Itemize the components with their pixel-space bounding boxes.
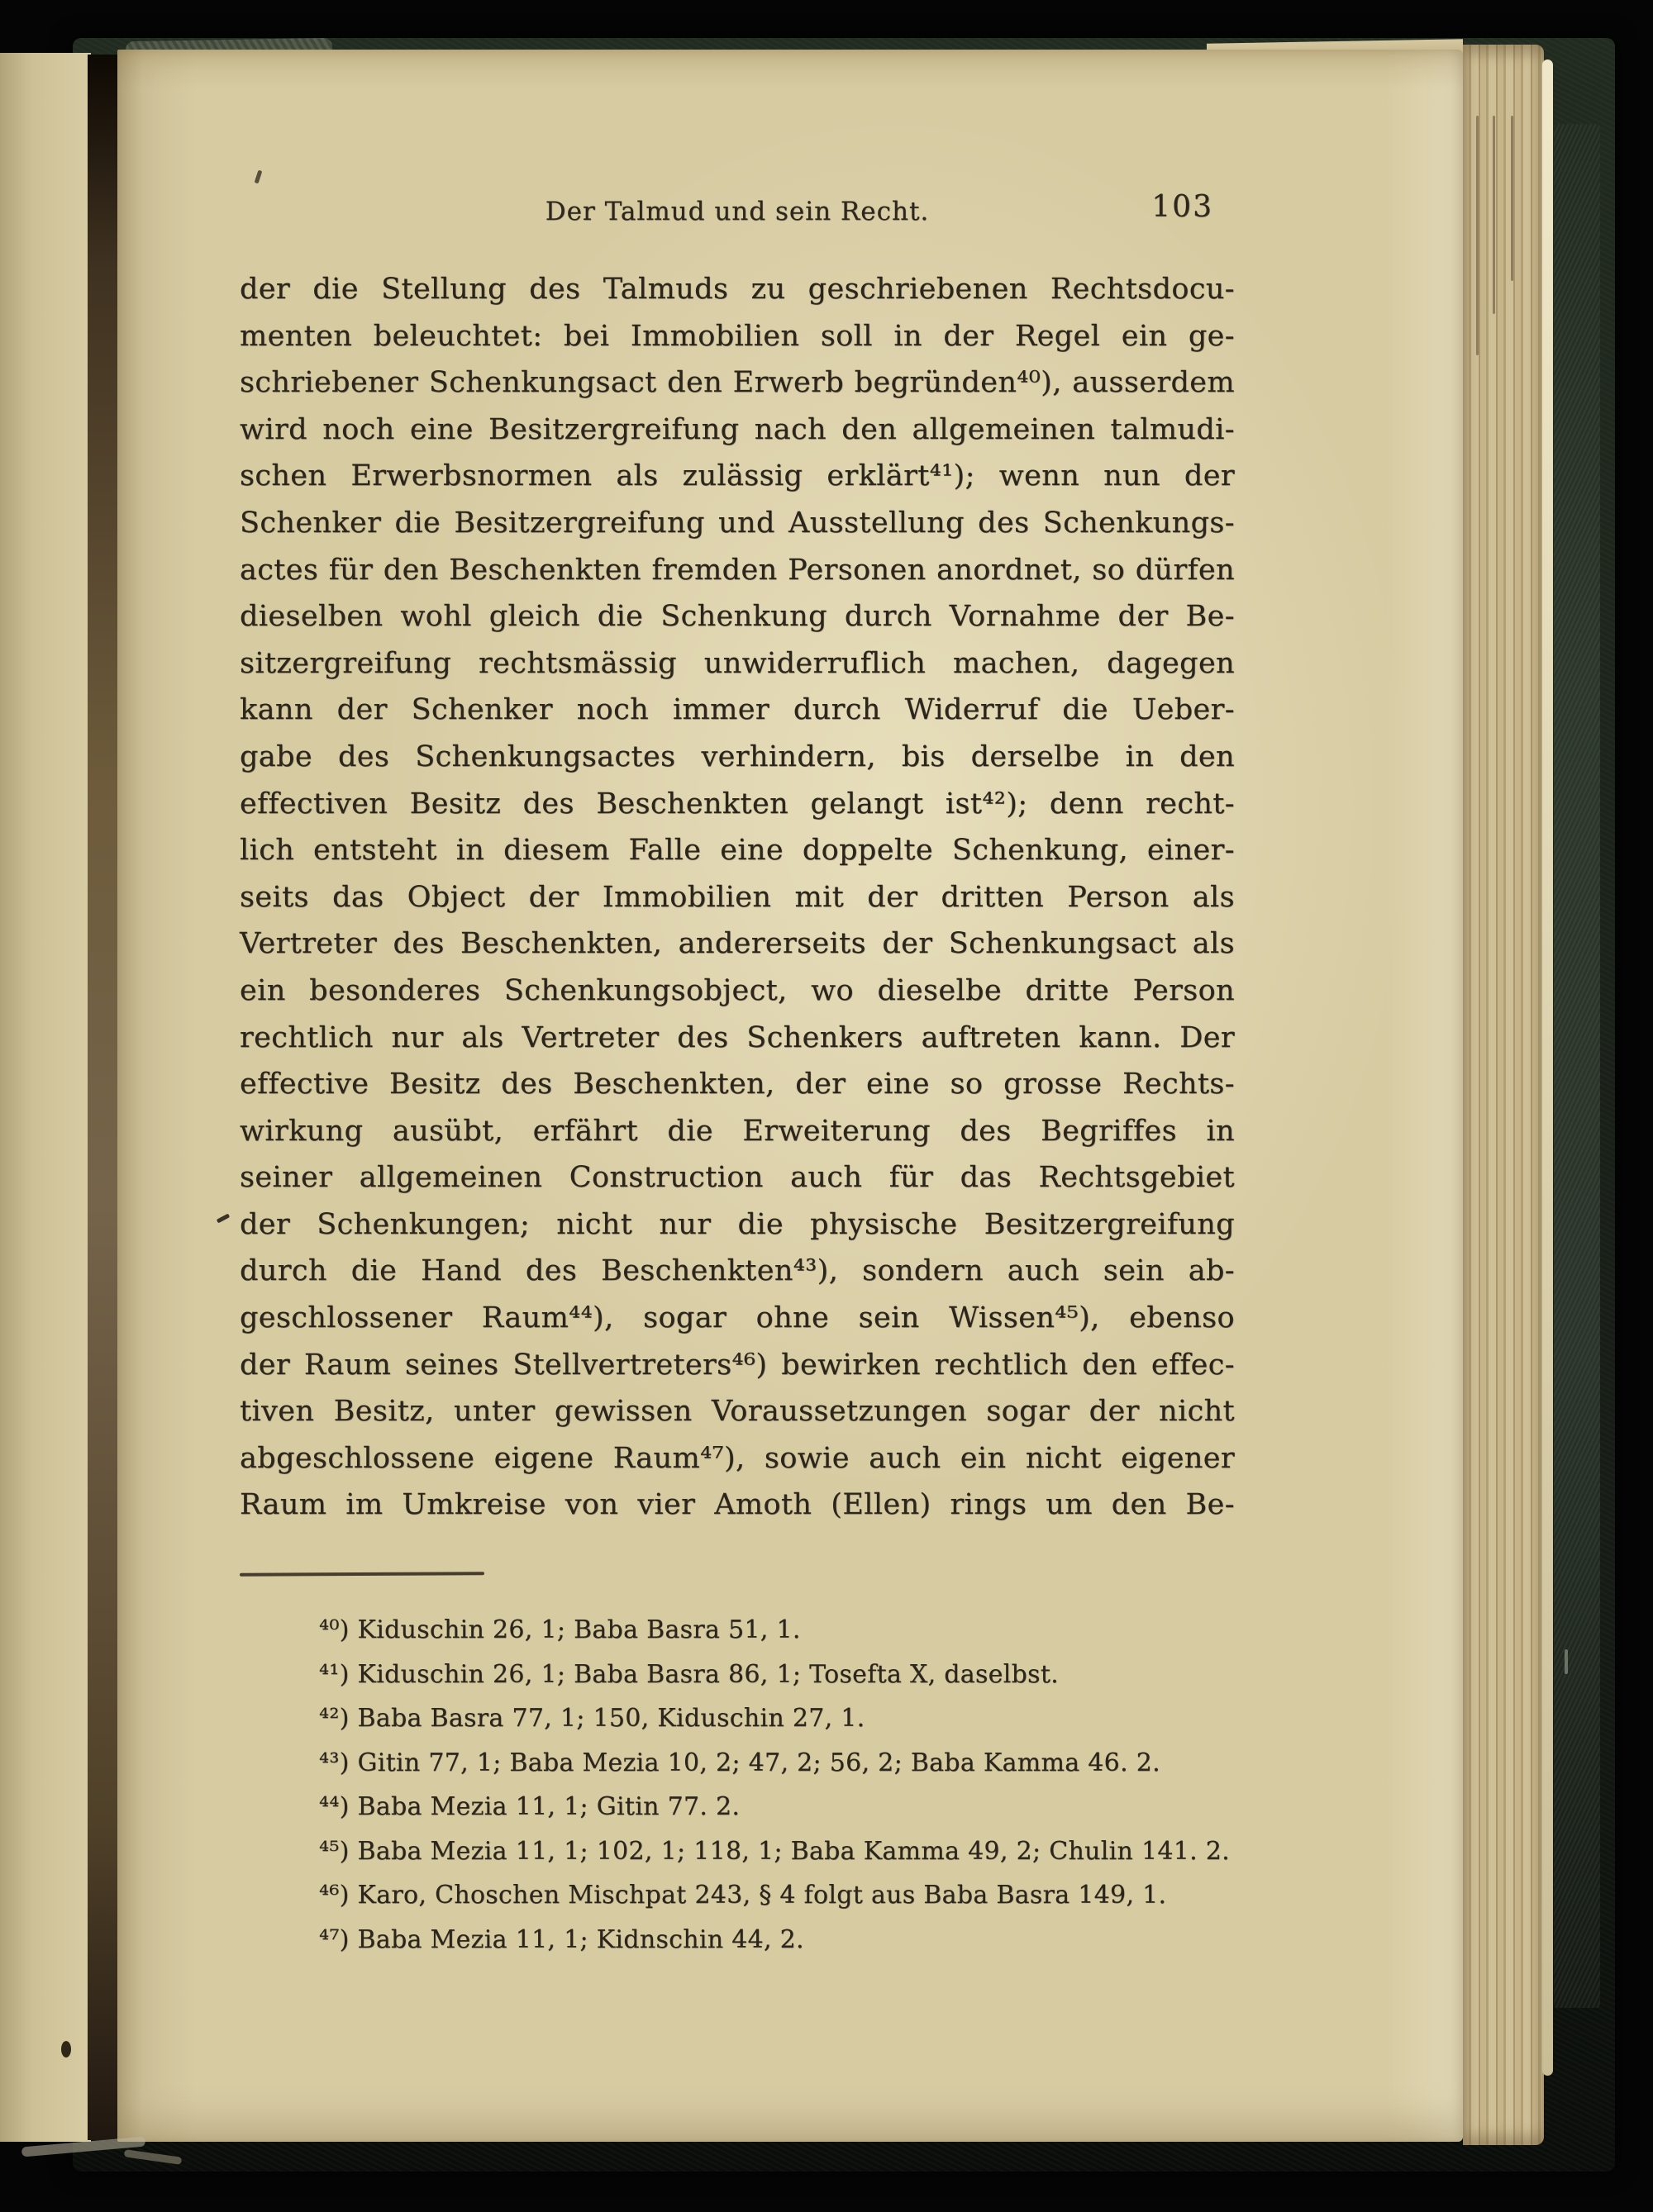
body-line: lich entsteht in diesem Falle eine doppe… — [240, 827, 1235, 874]
body-line: menten beleuchtet: bei Immobilien soll i… — [240, 313, 1235, 360]
fore-edge-pages — [1463, 45, 1544, 2145]
footnote-line: ⁴²) Baba Basra 77, 1; 150, Kiduschin 27,… — [319, 1696, 1294, 1741]
body-line: abgeschlossene eigene Raum⁴⁷), sowie auc… — [240, 1435, 1235, 1482]
footnotes: ⁴⁰) Kiduschin 26, 1; Baba Basra 51, 1.⁴¹… — [319, 1608, 1294, 1962]
page-number: 103 — [1151, 190, 1213, 224]
body-line: Vertreter des Beschenkten, andererseits … — [240, 920, 1235, 968]
body-line: Raum im Umkreise von vier Amoth (Ellen) … — [240, 1482, 1235, 1529]
body-line: effective Besitz des Beschenkten, der ei… — [240, 1061, 1235, 1108]
footnote-line: ⁴⁰) Kiduschin 26, 1; Baba Basra 51, 1. — [319, 1608, 1294, 1653]
body-line: schen Erwerbsnormen als zulässig erklärt… — [240, 453, 1235, 500]
body-line: der Raum seines Stellvertreters⁴⁶) bewir… — [240, 1342, 1235, 1389]
body-line: der die Stellung des Talmuds zu geschrie… — [240, 266, 1235, 313]
page-edge-line — [1476, 116, 1479, 355]
book-page: Der Talmud und sein Recht. 103 der die S… — [117, 50, 1463, 2142]
gutter-shadow — [88, 55, 117, 2140]
body-line: seits das Object der Immobilien mit der … — [240, 874, 1235, 921]
book-cover-edge-band — [1554, 124, 1600, 2008]
footnote-line: ⁴³) Gitin 77, 1; Baba Mezia 10, 2; 47, 2… — [319, 1741, 1294, 1786]
body-line: schriebener Schenkungsact den Erwerb beg… — [240, 359, 1235, 407]
body-line: durch die Hand des Beschenkten⁴³), sonde… — [240, 1248, 1235, 1295]
body-line: ein besonderes Schenkungsobject, wo dies… — [240, 968, 1235, 1015]
facing-page-edge — [0, 53, 91, 2142]
body-line: sitzergreifung rechtsmässig unwiderrufli… — [240, 640, 1235, 687]
book-scan-photo: Der Talmud und sein Recht. 103 der die S… — [0, 0, 1653, 2212]
endpaper-edge — [1542, 59, 1553, 2076]
cover-scratch — [1565, 1649, 1568, 1674]
body-line: wird noch eine Besitzergreifung nach den… — [240, 407, 1235, 454]
body-line: Schenker die Besitzergreifung und Ausste… — [240, 500, 1235, 547]
footnote-line: ⁴¹) Kiduschin 26, 1; Baba Basra 86, 1; T… — [319, 1653, 1294, 1697]
body-line: dieselben wohl gleich die Schenkung durc… — [240, 593, 1235, 640]
footnote-line: ⁴⁵) Baba Mezia 11, 1; 102, 1; 118, 1; Ba… — [319, 1829, 1294, 1874]
footnote-line: ⁴⁶) Karo, Choschen Mischpat 243, § 4 fol… — [319, 1873, 1294, 1918]
page-edge-line — [1493, 116, 1495, 314]
body-line: seiner allgemeinen Construction auch für… — [240, 1154, 1235, 1201]
footnote-line: ⁴⁴) Baba Mezia 11, 1; Gitin 77. 2. — [319, 1785, 1294, 1829]
page-edge-line — [1511, 116, 1513, 281]
body-line: wirkung ausübt, erfährt die Erweiterung … — [240, 1108, 1235, 1155]
footnote-separator-rule — [240, 1572, 484, 1577]
body-line: tiven Besitz, unter gewissen Voraussetzu… — [240, 1388, 1235, 1435]
ink-blot — [61, 2041, 71, 2057]
body-line: kann der Schenker noch immer durch Wider… — [240, 687, 1235, 734]
body-text: der die Stellung des Talmuds zu geschrie… — [240, 266, 1235, 1529]
body-line: der Schenkungen; nicht nur die physische… — [240, 1201, 1235, 1249]
body-line: rechtlich nur als Vertreter des Schenker… — [240, 1015, 1235, 1062]
body-line: effectiven Besitz des Beschenkten gelang… — [240, 781, 1235, 828]
footnote-line: ⁴⁷) Baba Mezia 11, 1; Kidnschin 44, 2. — [319, 1918, 1294, 1962]
body-line: geschlossener Raum⁴⁴), sogar ohne sein W… — [240, 1295, 1235, 1342]
running-title: Der Talmud und sein Recht. — [240, 197, 1235, 226]
body-line: gabe des Schenkungsactes verhindern, bis… — [240, 734, 1235, 781]
body-line: actes für den Beschenkten fremden Person… — [240, 547, 1235, 594]
